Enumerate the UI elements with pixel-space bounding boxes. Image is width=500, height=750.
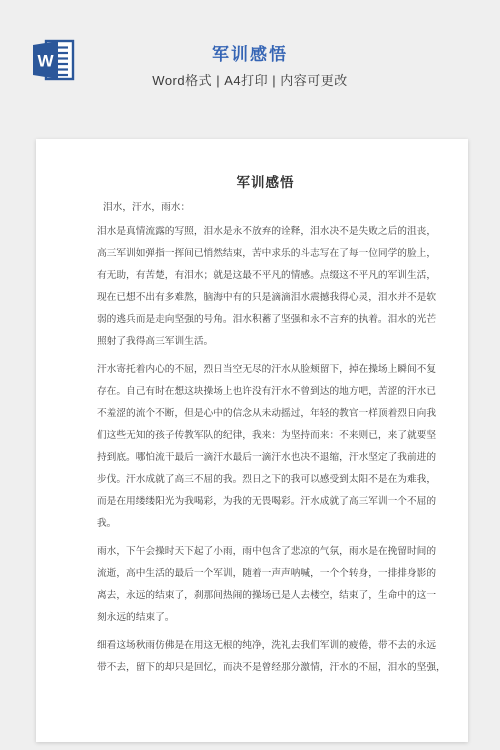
doc-line: 步伐。汗水成就了高三不屈的我。烈日之下的我可以感受到太阳不是在为难我， <box>97 469 434 491</box>
doc-line: 弱的逃兵而是走向坚强的号角。泪水积蓄了坚强和永不言弃的执着。泪水的光芒 <box>97 309 434 331</box>
doc-line: 有无助，有苦楚，有泪水；就是这最不平凡的情感。点缀这不平凡的军训生活， <box>97 265 434 287</box>
paragraph: 汗水寄托着内心的不屈，烈日当空无尽的汗水从脸颊留下，掉在操场上瞬间不复存在。自己… <box>97 359 434 535</box>
doc-line: 流逝，高中生活的最后一个军训，随着一声声呐喊，一个个转身，一排排身影的 <box>97 563 434 585</box>
doc-line: 泪水是真情流露的写照，泪水是永不放弃的诠释，泪水决不是失败之后的沮丧， <box>97 221 434 243</box>
doc-line: 细看这场秋雨仿佛是在用这无根的纯净，洗礼去我们军训的疲倦，带不去的永远 <box>97 635 434 657</box>
doc-line: 照射了我得高三军训生活。 <box>97 331 434 353</box>
doc-line: 离去，永远的结束了，刹那间热闹的操场已是人去楼空，结束了，生命中的这一 <box>97 585 434 607</box>
paragraph: 雨水，下午会操时天下起了小雨，雨中包含了悲凉的气氛，雨水是在挽留时间的流逝，高中… <box>97 541 434 629</box>
svg-text:W: W <box>37 52 54 71</box>
doc-line: 不羞涩的流个不断，但是心中的信念从未动摇过，年轻的教官一样顶着烈日向我 <box>97 403 434 425</box>
document-salutation: 泪水，汗水，雨水： <box>97 197 434 219</box>
doc-line: 现在已想不出有多难熬，脑海中有的只是滴滴泪水震撼我得心灵，泪水并不是软 <box>97 287 434 309</box>
document-content: 军训感悟 泪水，汗水，雨水： 泪水是真情流露的写照，泪水是永不放弃的诠释，泪水决… <box>36 139 468 679</box>
word-logo-icon: W <box>30 38 78 82</box>
doc-line: 刻永远的结束了。 <box>97 607 434 629</box>
doc-line: 持到底。哪怕流干最后一滴汗水最后一滴汗水也决不退缩，汗水坚定了我前进的 <box>97 447 434 469</box>
paragraph: 泪水是真情流露的写照，泪水是永不放弃的诠释，泪水决不是失败之后的沮丧，高三军训如… <box>97 221 434 353</box>
header: W 军训感悟 Word格式 | A4打印 | 内容可更改 <box>0 0 500 139</box>
doc-line: 们这些无知的孩子传教军队的纪律，我来：为坚持而来：不来则已，来了就要坚 <box>97 425 434 447</box>
document-title: 军训感悟 <box>97 139 434 194</box>
doc-line: 而是在用缕缕阳光为我喝彩，为我的无畏喝彩。汗水成就了高三军训一个不屈的 <box>97 491 434 513</box>
doc-line: 我。 <box>97 513 434 535</box>
paragraph: 细看这场秋雨仿佛是在用这无根的纯净，洗礼去我们军训的疲倦，带不去的永远带不去，留… <box>97 635 434 679</box>
doc-line: 带不去，留下的却只是回忆，而决不是曾经那分激情，汗水的不屈，泪水的坚强， <box>97 657 434 679</box>
document-paragraphs: 泪水是真情流露的写照，泪水是永不放弃的诠释，泪水决不是失败之后的沮丧，高三军训如… <box>97 221 434 679</box>
doc-line: 高三军训如弹指一挥间已悄然结束，苦中求乐的斗志写在了每一位同学的脸上， <box>97 243 434 265</box>
doc-line: 存在。自己有时在想这块操场上也许没有汗水不曾到达的地方吧，苦涩的汗水已 <box>97 381 434 403</box>
doc-line: 雨水，下午会操时天下起了小雨，雨中包含了悲凉的气氛，雨水是在挽留时间的 <box>97 541 434 563</box>
doc-line: 汗水寄托着内心的不屈，烈日当空无尽的汗水从脸颊留下，掉在操场上瞬间不复 <box>97 359 434 381</box>
document-preview-page: 军训感悟 泪水，汗水，雨水： 泪水是真情流露的写照，泪水是永不放弃的诠释，泪水决… <box>36 139 468 742</box>
